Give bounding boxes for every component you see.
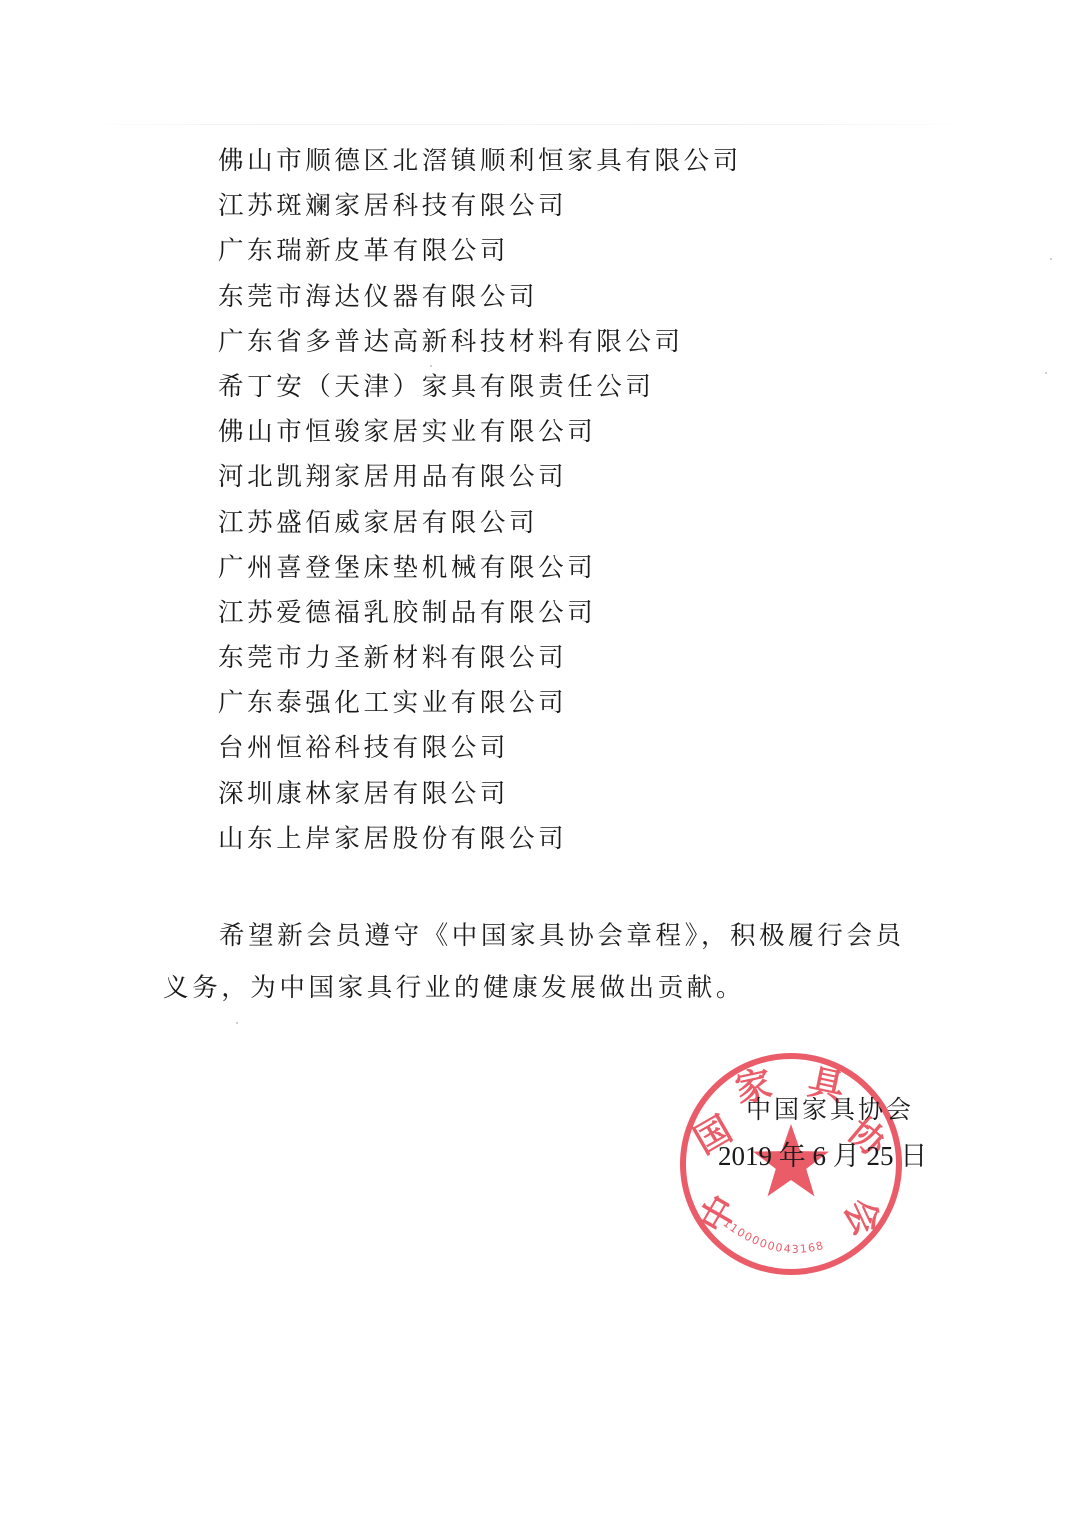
scan-speck	[236, 1022, 238, 1024]
company-item: 江苏盛佰威家居有限公司	[218, 501, 742, 546]
company-item: 广东瑞新皮革有限公司	[218, 229, 742, 274]
company-item: 东莞市海达仪器有限公司	[218, 275, 742, 320]
company-item: 希丁安（天津）家具有限责任公司	[218, 365, 742, 410]
company-item: 江苏斑斓家居科技有限公司	[218, 184, 742, 229]
company-item: 深圳康林家居有限公司	[218, 772, 742, 817]
scan-artifact-line	[80, 124, 980, 125]
company-item: 东莞市力圣新材料有限公司	[218, 636, 742, 681]
company-item: 广东泰强化工实业有限公司	[218, 681, 742, 726]
company-item: 佛山市顺德区北滘镇顺利恒家具有限公司	[218, 139, 742, 184]
closing-line-2: 义务，为中国家具行业的健康发展做出贡献。	[163, 962, 923, 1014]
company-item: 广东省多普达高新科技材料有限公司	[218, 320, 742, 365]
signature-block: 中国家具协会 2019 年 6 月 25 日	[718, 1090, 914, 1178]
signing-organization: 中国家具协会	[718, 1090, 914, 1130]
seal-char: 会	[835, 1192, 887, 1242]
company-item: 江苏爱德福乳胶制品有限公司	[218, 591, 742, 636]
closing-paragraph: 希望新会员遵守《中国家具协会章程》，积极履行会员 义务，为中国家具行业的健康发展…	[163, 910, 923, 1014]
company-item: 佛山市恒骏家居实业有限公司	[218, 410, 742, 455]
company-item: 河北凯翔家居用品有限公司	[218, 455, 742, 500]
scan-speck	[1045, 372, 1047, 374]
company-item: 山东上岸家居股份有限公司	[218, 817, 742, 862]
closing-line-1: 希望新会员遵守《中国家具协会章程》，积极履行会员	[163, 910, 923, 962]
new-member-company-list: 佛山市顺德区北滘镇顺利恒家具有限公司 江苏斑斓家居科技有限公司 广东瑞新皮革有限…	[218, 139, 742, 862]
scan-speck	[1050, 258, 1052, 260]
signing-date: 2019 年 6 月 25 日	[718, 1134, 914, 1178]
company-item: 台州恒裕科技有限公司	[218, 726, 742, 771]
company-item: 广州喜登堡床垫机械有限公司	[218, 546, 742, 591]
